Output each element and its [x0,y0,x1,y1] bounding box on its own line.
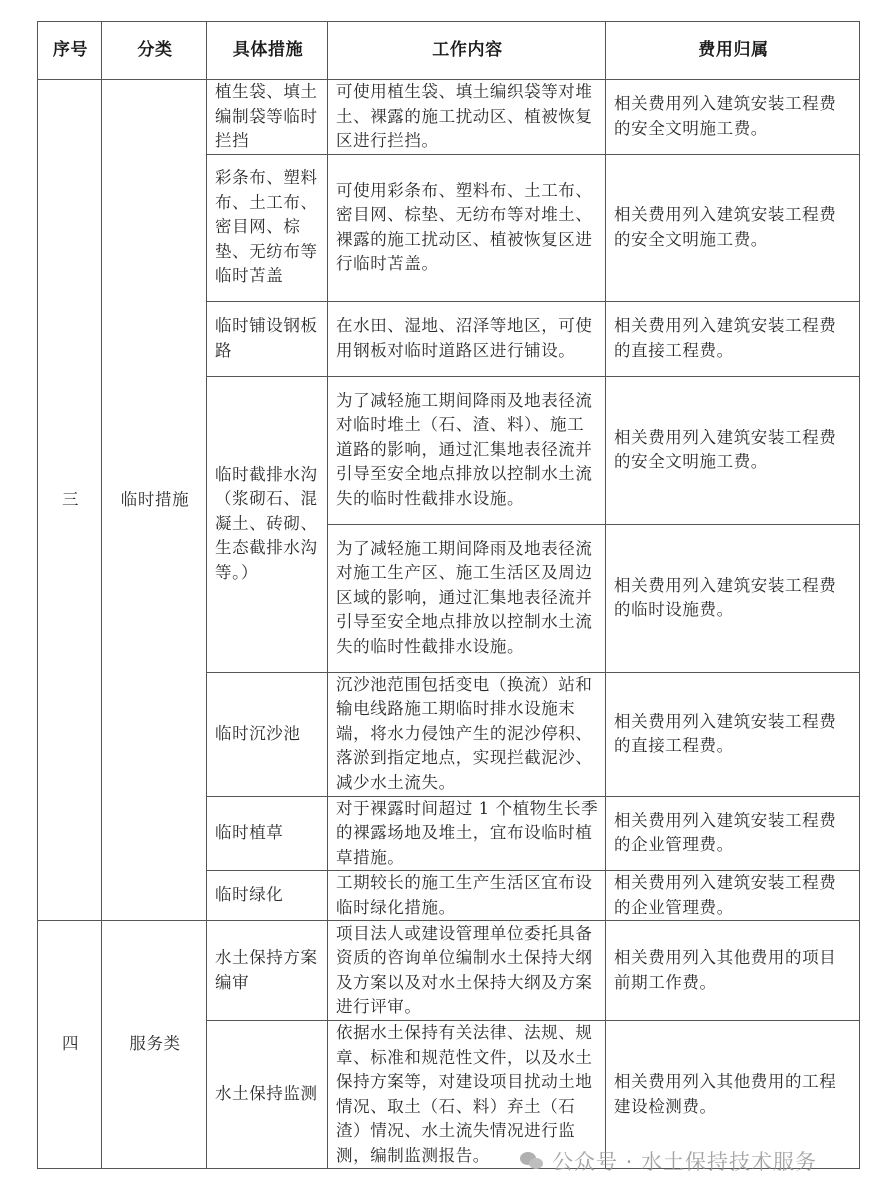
cost-cell: 相关费用列入建筑安装工程费的安全文明施工费。 [606,80,860,155]
measure-cell: 临时绿化 [207,871,328,921]
group-serial-no: 四 [38,921,102,1169]
header-cost-attribution: 费用归属 [606,22,860,80]
measure-cell: 植生袋、填土编制袋等临时拦挡 [207,80,328,155]
cost-cell: 相关费用列入其他费用的项目前期工作费。 [606,921,860,1021]
measure-cell: 彩条布、塑料布、土工布、密目网、棕垫、无纺布等临时苫盖 [207,154,328,301]
table-header-row: 序号 分类 具体措施 工作内容 费用归属 [38,22,860,80]
measure-cell: 临时截排水沟（浆砌石、混凝土、砖砌、生态截排水沟等。） [207,376,328,672]
measure-cell: 水土保持监测 [207,1021,328,1169]
cost-cell: 相关费用列入建筑安装工程费的安全文明施工费。 [606,376,860,524]
header-specific-measure: 具体措施 [207,22,328,80]
cost-cell: 相关费用列入建筑安装工程费的企业管理费。 [606,796,860,871]
header-work-content: 工作内容 [328,22,606,80]
header-category: 分类 [102,22,207,80]
content-cell: 在水田、湿地、沼泽等地区，可使用钢板对临时道路区进行铺设。 [328,301,606,376]
cost-cell: 相关费用列入建筑安装工程费的临时设施费。 [606,524,860,672]
content-cell: 为了减轻施工期间降雨及地表径流对临时堆土（石、渣、料）、施工道路的影响，通过汇集… [328,376,606,524]
content-cell: 对于裸露时间超过 1 个植物生长季的裸露场地及堆土，宜布设临时植草措施。 [328,796,606,871]
cost-cell: 相关费用列入建筑安装工程费的企业管理费。 [606,871,860,921]
measure-cell: 临时植草 [207,796,328,871]
cost-cell: 相关费用列入建筑安装工程费的直接工程费。 [606,672,860,796]
measure-cell: 水土保持方案编审 [207,921,328,1021]
group-category: 临时措施 [102,80,207,921]
watermark: 公众号 · 水土保持技术服务 [520,1146,817,1176]
content-cell: 工期较长的施工生产生活区宜布设临时绿化措施。 [328,871,606,921]
measure-cell: 临时沉沙池 [207,672,328,796]
content-cell: 可使用彩条布、塑料布、土工布、密目网、棕垫、无纺布等对堆土、裸露的施工扰动区、植… [328,154,606,301]
group-category: 服务类 [102,921,207,1169]
cost-cell: 相关费用列入建筑安装工程费的直接工程费。 [606,301,860,376]
header-serial-no: 序号 [38,22,102,80]
cost-cell: 相关费用列入建筑安装工程费的安全文明施工费。 [606,154,860,301]
table-row: 三 临时措施 植生袋、填土编制袋等临时拦挡 可使用植生袋、填土编织袋等对堆土、裸… [38,80,860,155]
watermark-text: 公众号 · 水土保持技术服务 [552,1146,817,1176]
cost-attribution-table: 序号 分类 具体措施 工作内容 费用归属 三 临时措施 植生袋、填土编制袋等临时… [37,21,860,1169]
content-cell: 项目法人或建设管理单位委托具备资质的咨询单位编制水土保持大纲及方案以及对水土保持… [328,921,606,1021]
measure-cell: 临时铺设钢板路 [207,301,328,376]
content-cell: 沉沙池范围包括变电（换流）站和输电线路施工期临时排水设施末端，将水力侵蚀产生的泥… [328,672,606,796]
table-row: 四 服务类 水土保持方案编审 项目法人或建设管理单位委托具备资质的咨询单位编制水… [38,921,860,1021]
content-cell: 为了减轻施工期间降雨及地表径流对施工生产区、施工生活区及周边区域的影响，通过汇集… [328,524,606,672]
content-cell: 可使用植生袋、填土编织袋等对堆土、裸露的施工扰动区、植被恢复区进行拦挡。 [328,80,606,155]
group-serial-no: 三 [38,80,102,921]
wechat-icon [520,1150,546,1172]
